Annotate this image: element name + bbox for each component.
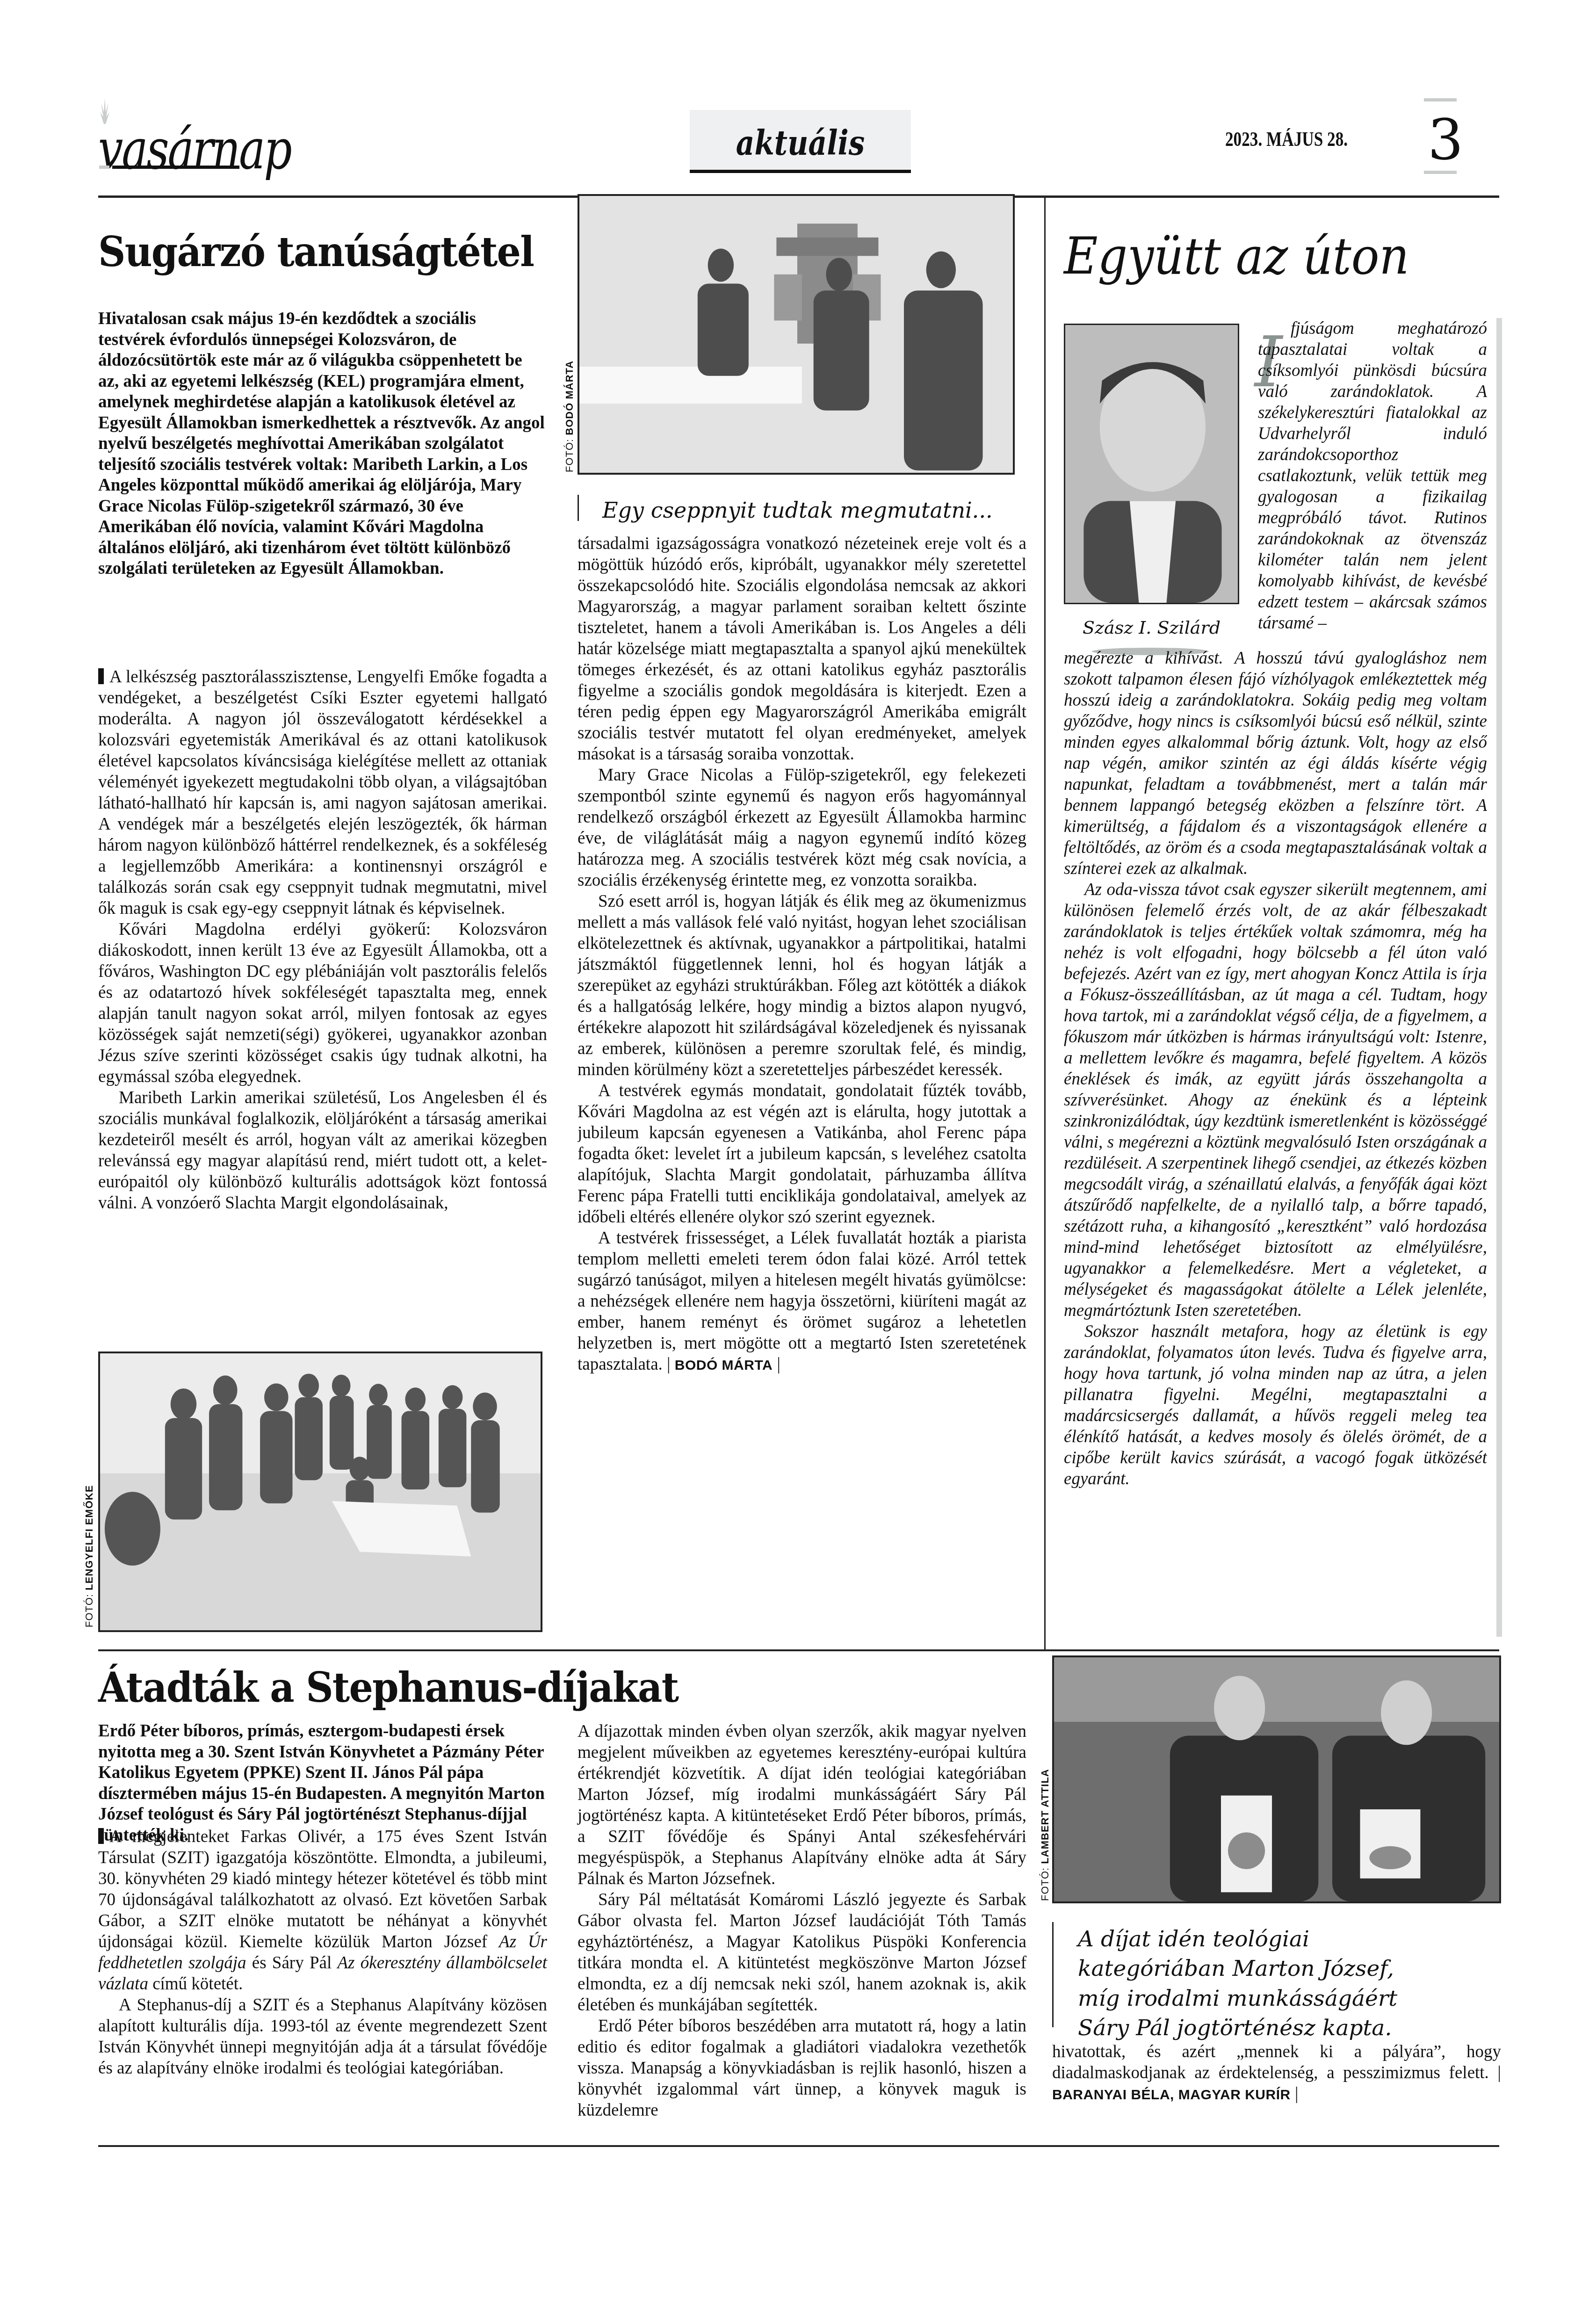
article1-paragraph: Mary Grace Nicolas a Fülöp-szigetekről, … (578, 765, 1026, 891)
group-photo-credit: FOTÓ: LENGYELFI EMŐKE (83, 1485, 95, 1627)
author-portrait-image (1065, 325, 1238, 603)
panel-photo-credit: FOTÓ: BODÓ MÁRTA (563, 361, 576, 472)
section-rule (98, 1649, 1499, 1651)
article1-pull-quote: Egy cseppnyit tudtak megmutatni... (602, 496, 993, 525)
section-label: aktuális (706, 123, 894, 163)
article3-paragraph: A megjelenteket Farkas Olivér, a 175 éve… (98, 1826, 547, 1995)
article3-paragraph: Erdő Péter bíboros beszédében arra mutat… (578, 2016, 1026, 2121)
page-number-bar-bottom (1424, 171, 1457, 174)
paragraph-marker (98, 1828, 104, 1844)
article3-paragraph: hivatottak, és azért „mennek ki a pályár… (1052, 2041, 1501, 2105)
article3-byline: BARANYAI BÉLA, MAGYAR KURÍR (1052, 2087, 1291, 2103)
article1-title: Sugárzó tanúságtétel (98, 229, 534, 275)
article3-paragraph: A díjazottak minden évben olyan szerzők,… (578, 1721, 1026, 1889)
author-portrait (1064, 324, 1239, 604)
article2-intro: fjúságom meghatározó tapasztalatai volta… (1258, 318, 1487, 634)
article3-col1: A megjelenteket Farkas Olivér, a 175 éve… (98, 1826, 547, 2079)
article1-paragraph: A testvérek frissességet, a Lélek fuvall… (578, 1228, 1026, 1376)
article1-paragraph: A lelkészség pasztorálasszisztense, Leng… (98, 666, 547, 919)
award-photo (1052, 1655, 1501, 1903)
article1-paragraph: A testvérek egymás mondatait, gondolatai… (578, 1080, 1026, 1228)
group-photo-image (100, 1353, 541, 1630)
article1-paragraph: Maribeth Larkin amerikai születésű, Los … (98, 1087, 547, 1214)
award-photo-image (1054, 1657, 1499, 1901)
award-photo-credit: FOTÓ: LAMBERT ATTILA (1039, 1769, 1051, 1901)
pull-quote-bar (1052, 1922, 1054, 2027)
article2-title: Együtt az úton (1064, 229, 1409, 285)
logo-underline (112, 166, 239, 169)
article3-pull-quote: A díjat idén teológiai kategóriában Mart… (1078, 1924, 1415, 2043)
article1-paragraph: Kővári Magdolna erdélyi gyökerű: Kolozsv… (98, 919, 547, 1087)
article1-paragraph: Szó esett arról is, hogyan látják és éli… (578, 891, 1026, 1080)
issue-date: 2023. MÁJUS 28. (1225, 127, 1348, 151)
page-number: 3 (1428, 112, 1463, 168)
page-number-box: 3 (1424, 98, 1457, 173)
article1-byline: BODÓ MÁRTA (675, 1358, 773, 1373)
pull-quote-bar (578, 495, 579, 521)
column-divider (1044, 196, 1046, 1651)
article2-paragraph: megérezte a kihívást. A hosszú távú gyal… (1064, 648, 1487, 879)
article3-title: Átadták a Stephanus-díjakat (98, 1665, 678, 1710)
article1-col1: A lelkészség pasztorálasszisztense, Leng… (98, 666, 547, 1335)
article2-paragraph: Sokszor használt metafora, hogy az életü… (1064, 1321, 1487, 1489)
group-photo (98, 1352, 542, 1632)
author-name: Szász I. Szilárd (1064, 617, 1239, 638)
article2-body: megérezte a kihívást. A hosszú távú gyal… (1064, 648, 1487, 1630)
article3-col3: hivatottak, és azért „mennek ki a pályár… (1052, 2041, 1501, 2105)
article1-paragraph: társadalmi igazságosságra vonatkozó néze… (578, 533, 1026, 765)
masthead-logo: vasárnap (98, 98, 351, 173)
section-underline (690, 170, 911, 173)
panel-photo-image (579, 196, 1013, 473)
article2-paragraph: Az oda-vissza távot csak egyszer sikerül… (1064, 879, 1487, 1321)
article1-col2: társadalmi igazságosságra vonatkozó néze… (578, 533, 1026, 1623)
article2-sidebar-accent (1496, 318, 1502, 1637)
article1-lead: Hivatalosan csak május 19-én kezdődtek a… (98, 309, 547, 579)
section-label-box: aktuális (690, 110, 911, 173)
article3-paragraph: A Stephanus-díj a SZIT és a Stephanus Al… (98, 1995, 547, 2079)
footer-rule (98, 2145, 1499, 2147)
panel-photo (578, 194, 1015, 475)
article3-col2: A díjazottak minden évben olyan szerzők,… (578, 1721, 1026, 2121)
paragraph-marker (98, 668, 104, 684)
logo-accent (99, 166, 109, 169)
page-number-bar-top (1424, 98, 1457, 101)
article3-paragraph: Sáry Pál méltatását Komáromi László jegy… (578, 1889, 1026, 2016)
